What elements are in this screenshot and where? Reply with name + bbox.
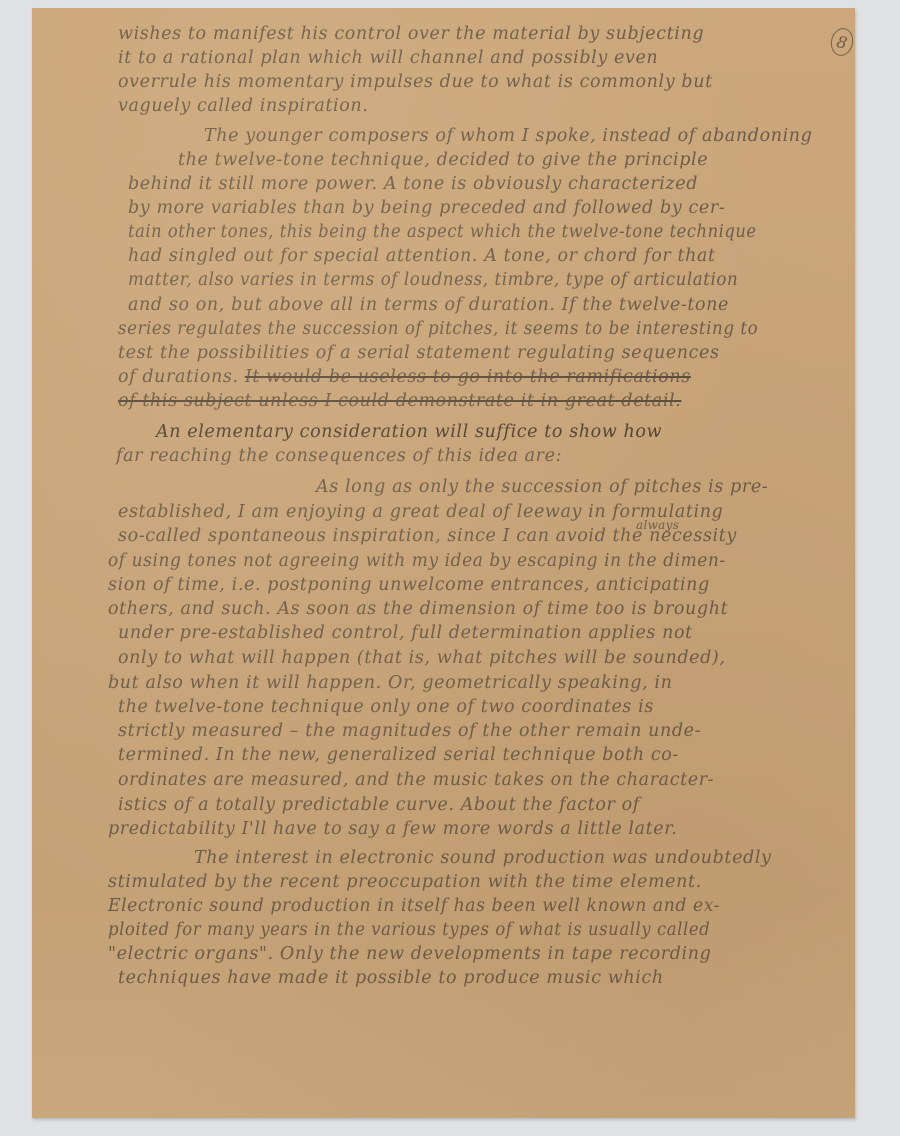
text-line: The younger composers of whom I spoke, i… [204,126,812,146]
text-line: sion of time, i.e. postponing unwelcome … [108,575,710,595]
text-line: the twelve-tone technique only one of tw… [118,697,654,717]
text-line: techniques have made it possible to prod… [118,968,664,988]
text-line: had singled out for special attention. A… [128,246,716,266]
text-line: others, and such. As soon as the dimensi… [108,599,728,619]
text-line: it to a rational plan which will channel… [118,48,658,68]
text-line: series regulates the succession of pitch… [118,319,758,339]
text-line: Electronic sound production in itself ha… [108,896,720,916]
text-line: ordinates are measured, and the music ta… [118,770,714,790]
text-line: The interest in electronic sound product… [194,848,772,868]
text-line: and so on, but above all in terms of dur… [128,295,729,315]
text-line: overrule his momentary impulses due to w… [118,72,713,92]
text-line: but also when it will happen. Or, geomet… [108,673,672,693]
text-line: under pre-established control, full dete… [118,623,693,643]
text-line: termined. In the new, generalized serial… [118,745,679,765]
text-line: As long as only the succession of pitche… [316,477,768,497]
text-line: of using tones not agreeing with my idea… [108,551,726,571]
struck-out-text: It would be useless to go into the ramif… [245,367,691,387]
text-line: istics of a totally predictable curve. A… [118,795,640,815]
text-segment: of durations. [118,367,239,387]
text-line: only to what will happen (that is, what … [118,648,726,668]
text-line: so-called spontaneous inspiration, since… [118,526,737,546]
text-line: far reaching the consequences of this id… [116,446,562,466]
text-line: strictly measured – the magnitudes of th… [118,721,701,741]
text-line: test the possibilities of a serial state… [118,343,720,363]
text-line: matter, also varies in terms of loudness… [128,270,738,290]
text-line: of durations. It would be useless to go … [118,367,691,387]
text-line: stimulated by the recent preoccupation w… [108,872,702,892]
text-line: behind it still more power. A tone is ob… [128,174,698,194]
text-line: vaguely called inspiration. [118,96,368,116]
text-line: the twelve-tone technique, decided to gi… [178,150,708,170]
manuscript-page: 8 wishes to manifest his control over th… [32,8,855,1118]
text-line: wishes to manifest his control over the … [118,24,704,44]
text-line: tain other tones, this being the aspect … [128,222,757,242]
text-line: An elementary consideration will suffice… [156,422,662,442]
text-line: ploited for many years in the various ty… [108,920,710,940]
text-line: "electric organs". Only the new developm… [108,944,711,964]
struck-out-line: of this subject unless I could demonstra… [118,391,681,411]
text-line: by more variables than by being preceded… [128,198,725,218]
text-line: established, I am enjoying a great deal … [118,502,723,522]
text-line: predictability I'll have to say a few mo… [108,819,677,839]
page-number-circled: 8 [828,26,855,58]
